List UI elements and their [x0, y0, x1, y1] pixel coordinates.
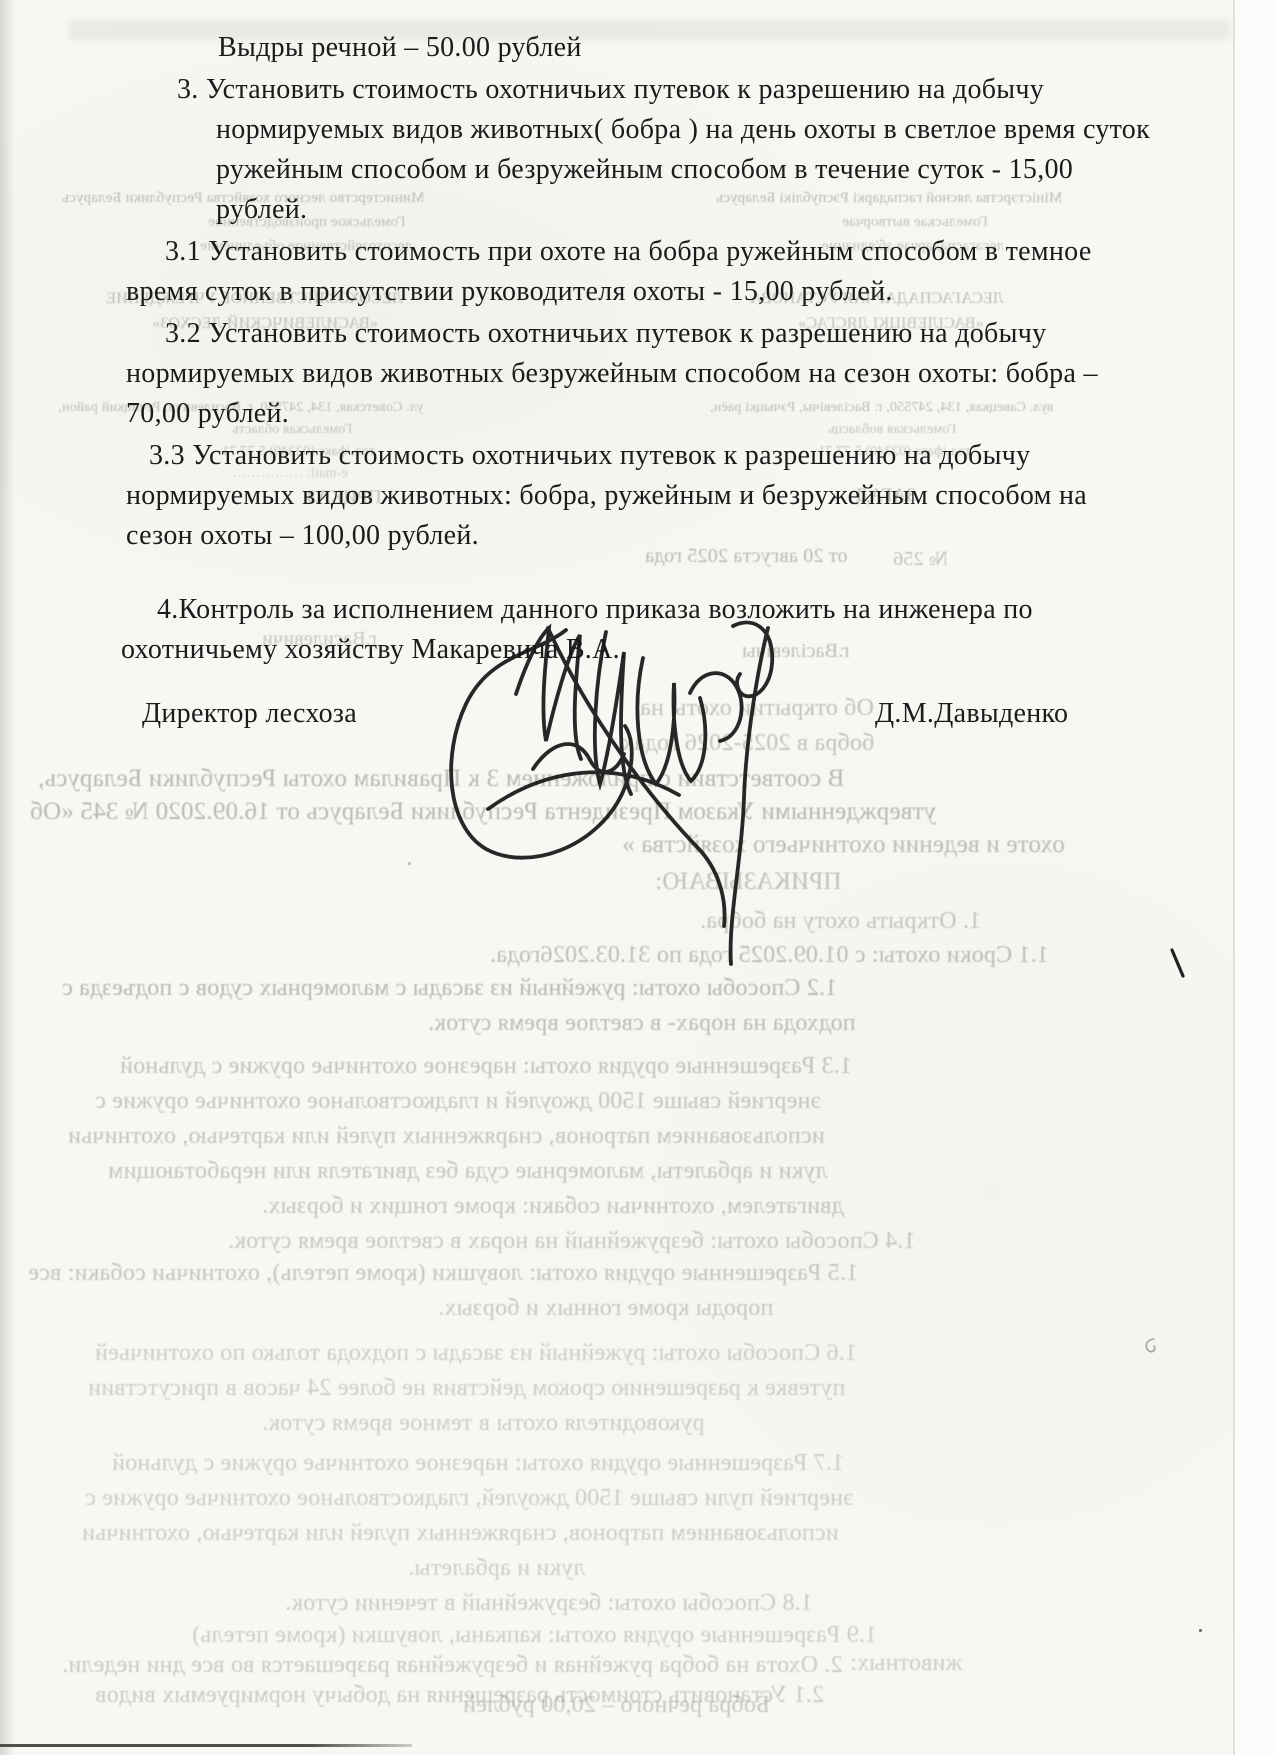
document-text-line: 70,00 рублей.	[126, 398, 289, 430]
document-text-line: 3. Установить стоимость охотничьих путев…	[177, 74, 1044, 106]
signoff-name: Д.М.Давыденко	[875, 698, 1068, 730]
bleedthrough-line: подхода на норах- в светлое время суток.	[428, 1010, 856, 1037]
bleedthrough-line: луки и арбалеты.	[408, 1555, 586, 1582]
pen-mark	[1142, 1336, 1160, 1356]
document-text-line: сезон охоты – 100,00 рублей.	[126, 520, 479, 552]
bleedthrough-line: 1.7 Разрешенные орудия охоты: нарезное о…	[112, 1450, 844, 1477]
document-text-line: ружейным способом и безружейным способом…	[216, 154, 1073, 186]
signoff-title: Директор лесхоза	[142, 698, 357, 730]
document-text-line: 3.3 Установить стоимость охотничьих путе…	[149, 440, 1030, 472]
bleedthrough-line: 1.3 Разрешенные орудия охоты: нарезное о…	[120, 1053, 852, 1080]
document-text-line: нормируемых видов животных: бобра, ружей…	[126, 480, 1087, 512]
signature-scribble	[428, 598, 788, 978]
bleedthrough-line: двигателем, охотничьи собаки: кроме гонщ…	[262, 1193, 844, 1220]
bleedthrough-line: Бобра речного – 20,00 рублей	[463, 1692, 770, 1719]
bleedthrough-line: № 256	[893, 548, 948, 571]
bleedthrough-line: энергией пули свыше 1500 джоулей, гладко…	[85, 1485, 853, 1512]
bleedthrough-line: путевке к разрешению сроком действия не …	[88, 1375, 845, 1402]
bleedthrough-line: от 20 августа 2025 года	[645, 545, 848, 568]
bleedthrough-line: животных:	[850, 1650, 962, 1677]
bleedthrough-line: 1.4 Способы охоты: безружейный на норах …	[228, 1228, 916, 1255]
document-text-line: рублей.	[216, 194, 307, 226]
bleedthrough-line: луки и арбалеты, маломерные суда без дви…	[108, 1158, 828, 1185]
bleedthrough-line: использованием патронов, снаряженных пул…	[82, 1520, 839, 1547]
bleedthrough-line: руководителя охоты в темное время суток.	[262, 1410, 704, 1437]
bleedthrough-line: Гомельская вобласць	[828, 422, 956, 438]
pen-mark	[1166, 946, 1190, 982]
bleedthrough-line: энергией свыше 1500 джоулей и гладкоство…	[95, 1088, 821, 1115]
ink-speck	[1199, 1629, 1202, 1632]
scanned-document-page: Министерство лесного хозяйства Республик…	[0, 0, 1275, 1755]
scan-edge-left	[0, 0, 15, 1755]
document-text-line: нормируемых видов животных( бобра ) на д…	[216, 114, 1150, 146]
bleedthrough-line: породы кроме гонных и борзых.	[438, 1295, 773, 1322]
bleedthrough-line: использованием патронов, снаряженных пул…	[68, 1123, 825, 1150]
scan-bottom-line-artifact	[0, 1744, 412, 1747]
document-text-line: 3.1 Установить стоимость при охоте на бо…	[165, 236, 1092, 268]
bleedthrough-line: 1.6 Способы охоты: ружейный из засады с …	[95, 1340, 857, 1367]
document-text-line: время суток в присутствии руководителя о…	[126, 276, 893, 308]
bleedthrough-line: 1.2 Способы охоты: ружейный из засады с …	[62, 975, 837, 1002]
document-text-line: Выдры речной – 50.00 рублей	[218, 32, 582, 64]
scan-strip-right	[1235, 0, 1275, 1755]
ink-speck	[408, 862, 411, 865]
document-text-line: нормируемых видов животных безружейным с…	[126, 358, 1098, 390]
bleedthrough-line: Міністэрства лясной гаспадаркі Рэспублік…	[716, 190, 1062, 207]
bleedthrough-line: 2. Охота на бобра ружейная и безружейная…	[62, 1652, 843, 1679]
bleedthrough-line: 1.9 Разрешенные орудия охоты: капканы, л…	[192, 1622, 877, 1649]
bleedthrough-line: Гомельскае вытворчае	[842, 214, 988, 231]
bleedthrough-line: 1.5 Разрешенные орудия охоты: ловушки (к…	[28, 1260, 858, 1287]
bleedthrough-line: 1.8 Способы охоты: безружейный в течении…	[285, 1590, 813, 1617]
document-text-line: 3.2 Установить стоимость охотничьих путе…	[165, 318, 1046, 350]
bleedthrough-line: вул. Савецкая, 134, 247550, г. Васілевіч…	[710, 400, 1053, 416]
paper-edge-right	[1233, 0, 1235, 1755]
